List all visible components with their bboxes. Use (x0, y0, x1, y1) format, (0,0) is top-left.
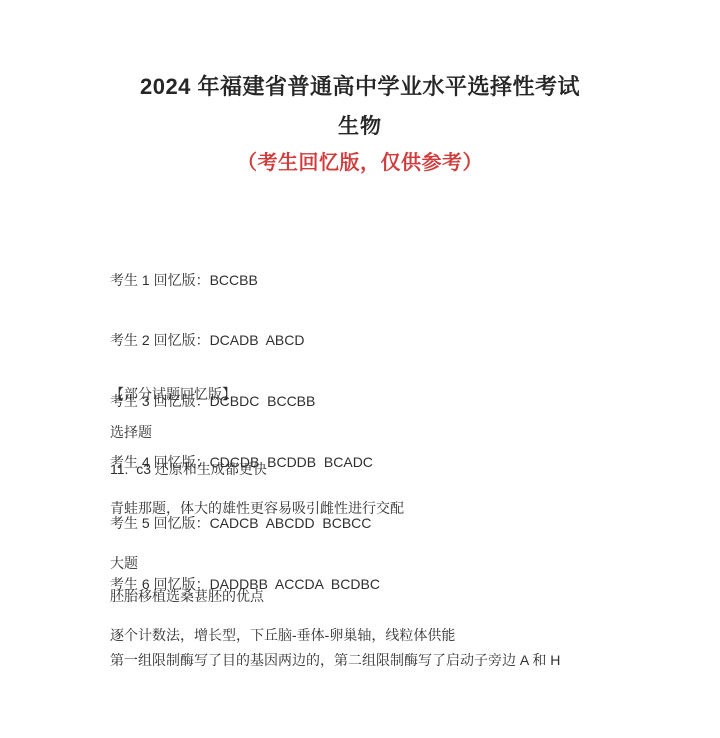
section-header-partial-recall: 【部分试题回忆版】 (110, 386, 236, 403)
section-header-big-questions: 大题 (110, 555, 138, 572)
section-header-multiple-choice: 选择题 (110, 424, 152, 441)
document-page: 2024 年福建省普通高中学业水平选择性考试 生物 （考生回忆版，仅供参考） 考… (0, 0, 720, 738)
frog-question-recall: 青蛙那题，体大的雄性更容易吸引雌性进行交配 (110, 500, 404, 517)
question-11-recall: 11. c3 还原和生成都更快 (110, 461, 267, 478)
embryo-transfer-recall: 胚胎移植选桑葚胚的优点 (110, 588, 264, 605)
answer-recall-line-2: 考生 2 回忆版：DCADB ABCD (110, 330, 380, 350)
counting-method-recall: 逐个计数法，增长型，下丘脑-垂体-卵巢轴，线粒体供能 (110, 627, 455, 644)
document-title: 2024 年福建省普通高中学业水平选择性考试 (0, 70, 720, 101)
answer-recall-line-1: 考生 1 回忆版：BCCBB (110, 270, 380, 290)
recall-notice: （考生回忆版，仅供参考） (0, 146, 720, 175)
document-subject: 生物 (0, 110, 720, 140)
restriction-enzyme-recall: 第一组限制酶写了目的基因两边的，第二组限制酶写了启动子旁边 A 和 H (110, 652, 560, 669)
